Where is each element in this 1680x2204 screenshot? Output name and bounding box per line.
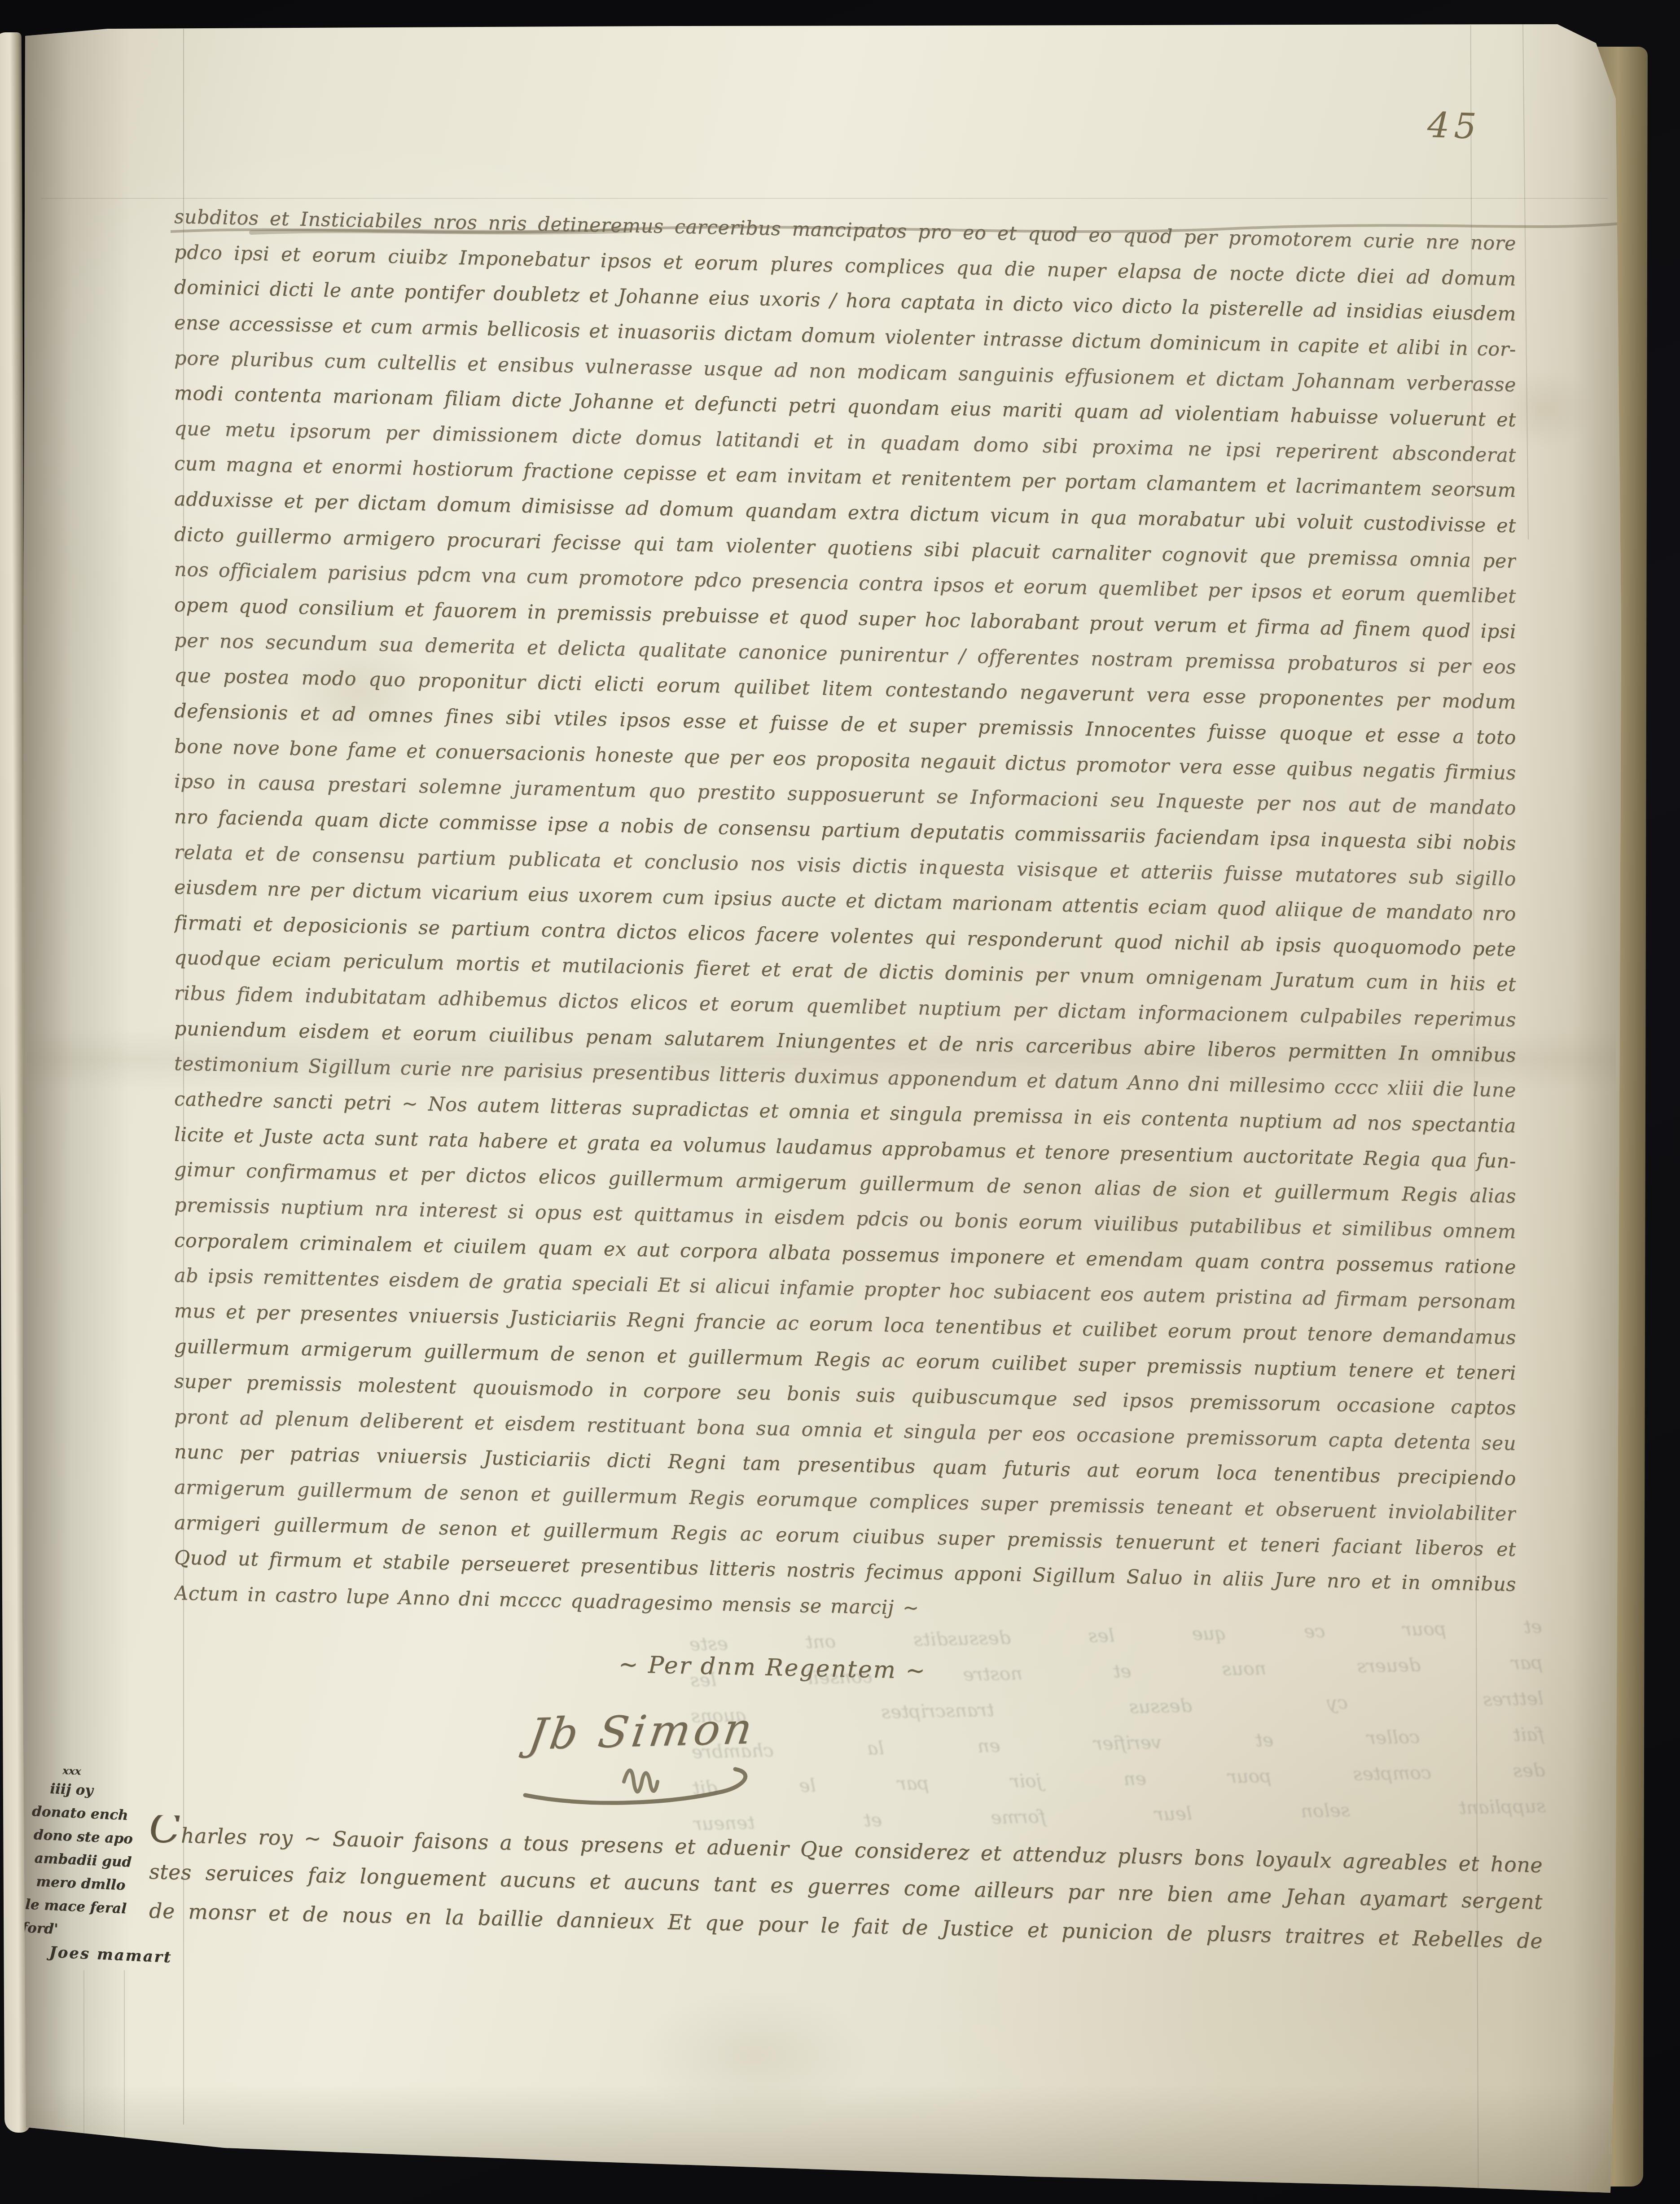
- parchment-stain: [637, 1988, 871, 2123]
- margin-notes: xxxiiij oydonato enchdono ste apoambadii…: [25, 1763, 186, 1969]
- signature-text: Jb Simon: [526, 1703, 759, 1759]
- photo-backdrop: 45 et pour ce que les dessusdits ont est…: [0, 0, 1680, 2204]
- bottom-left-ruling-b: [124, 1970, 125, 2195]
- signature-flourish: [512, 1764, 790, 1813]
- chancery-signature: Jb Simon: [512, 1706, 799, 1814]
- bottom-left-ruling-a: [83, 1970, 84, 2177]
- french-entry-block: Charles roy ~ Sauoir faisons a tous pres…: [149, 1815, 1543, 1963]
- folio-number: 45: [1426, 105, 1481, 147]
- main-text-block: subditos et Insticiabiles nros nris deti…: [174, 201, 1516, 1640]
- top-ruling: [41, 198, 1608, 199]
- verso-bleedthrough-text: et pour ce que les dessusdits ont estepa…: [689, 1610, 1546, 1844]
- manuscript-page: 45 et pour ce que les dessusdits ont est…: [0, 0, 1680, 2204]
